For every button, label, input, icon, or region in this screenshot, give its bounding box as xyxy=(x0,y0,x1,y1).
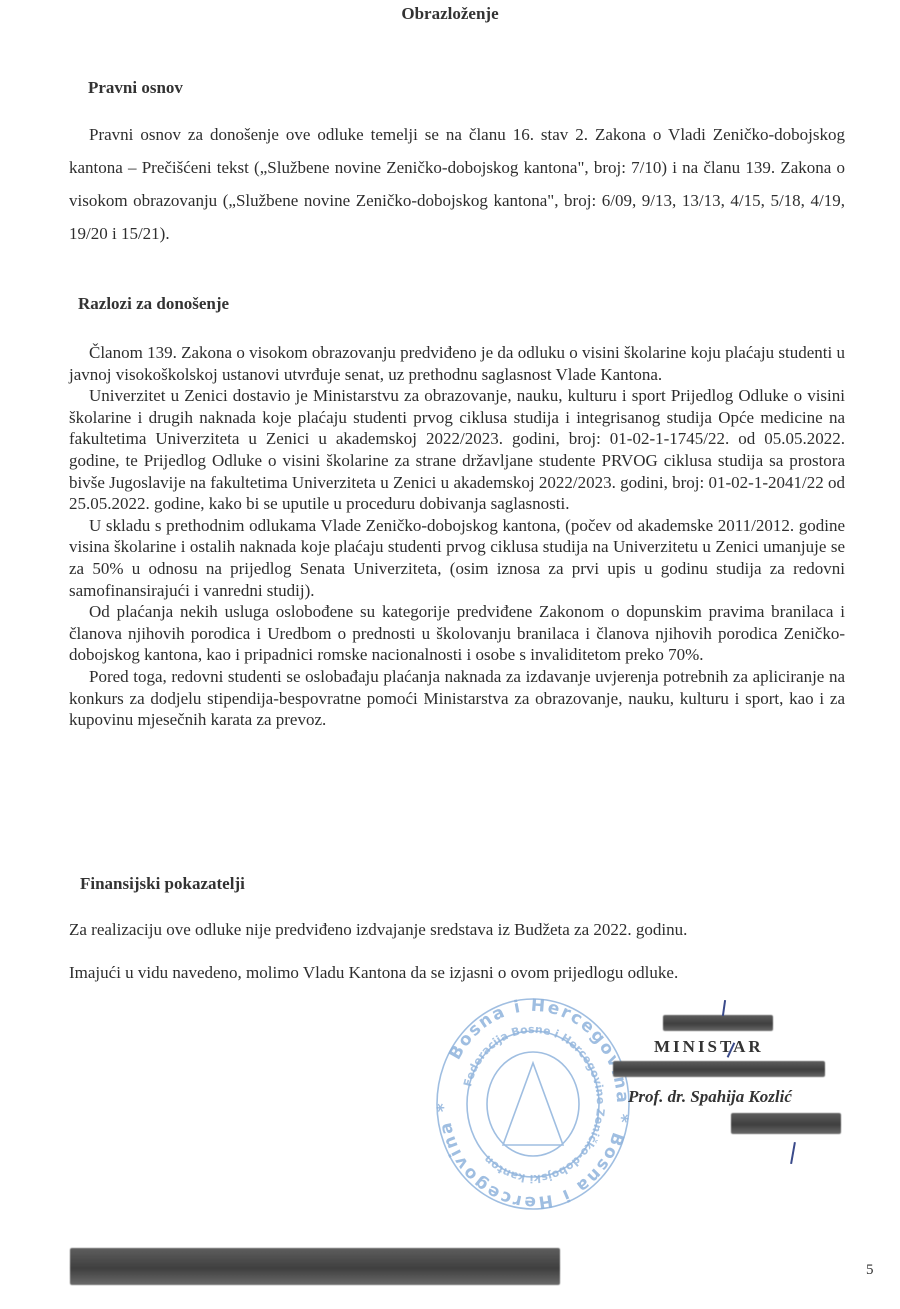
heading-legal-basis: Pravni osnov xyxy=(88,78,183,98)
page-title: Obrazloženje xyxy=(0,4,900,24)
reasons-paragraph: U skladu s prethodnim odlukama Vlade Zen… xyxy=(69,515,845,601)
heading-financial: Finansijski pokazatelji xyxy=(80,874,245,894)
redaction-bar xyxy=(663,1015,773,1031)
signature-stroke xyxy=(790,1142,795,1164)
signature-role: MINISTAR xyxy=(654,1037,764,1057)
reasons-paragraph: Pored toga, redovni studenti se oslobađa… xyxy=(69,666,845,731)
footer-redaction-bar xyxy=(70,1248,560,1285)
reasons-paragraphs: Članom 139. Zakona o visokom obrazovanju… xyxy=(69,342,845,731)
reasons-paragraph: Članom 139. Zakona o visokom obrazovanju… xyxy=(69,342,845,385)
redaction-bar xyxy=(613,1061,825,1077)
signatory-name: Prof. dr. Spahija Kozlić xyxy=(628,1087,792,1107)
page-number: 5 xyxy=(866,1262,874,1279)
legal-basis-text: Pravni osnov za donošenje ove odluke tem… xyxy=(69,118,845,250)
financial-text: Za realizaciju ove odluke nije predviđen… xyxy=(69,920,687,940)
svg-text:Federacija Bosne i Hercegovine: Federacija Bosne i Hercegovine Zeničko-d… xyxy=(461,1023,607,1185)
heading-reasons: Razlozi za donošenje xyxy=(78,294,229,314)
closing-text: Imajući u vidu navedeno, molimo Vladu Ka… xyxy=(69,963,678,983)
reasons-paragraph: Univerzitet u Zenici dostavio je Minista… xyxy=(69,385,845,515)
signature-stroke xyxy=(722,1000,726,1016)
official-stamp-icon: Bosna i Hercegovina * Bosna i Hercegovin… xyxy=(433,995,633,1213)
redaction-bar xyxy=(731,1113,841,1134)
reasons-paragraph: Od plaćanja nekih usluga oslobođene su k… xyxy=(69,601,845,666)
